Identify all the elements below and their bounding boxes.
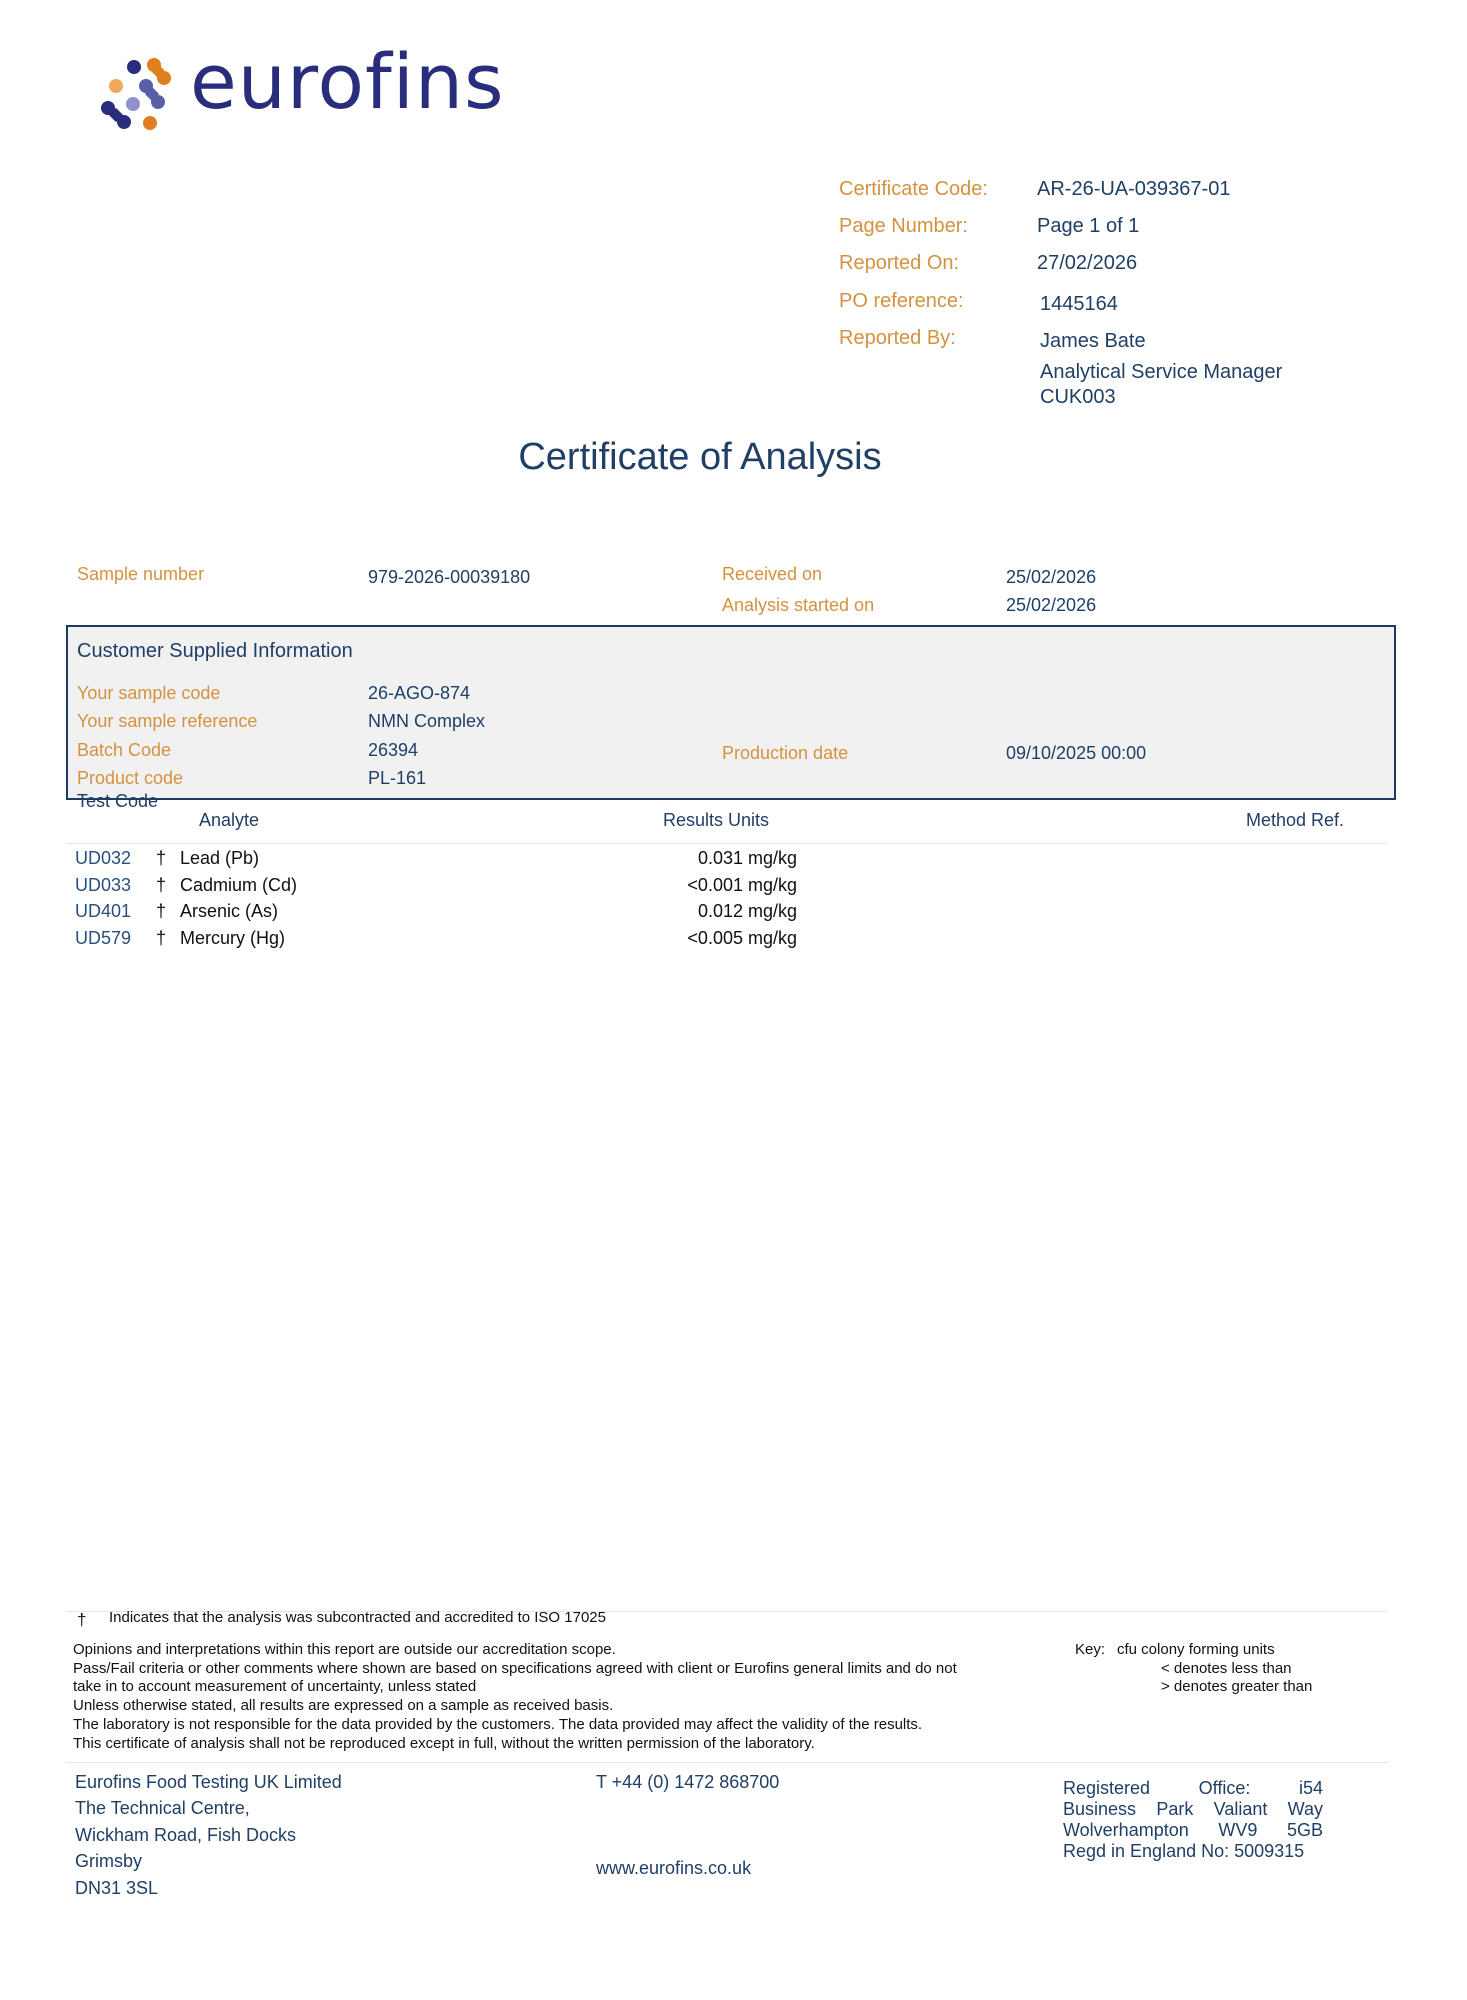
page-number-value: Page 1 of 1 (1037, 215, 1139, 238)
sample-reference-label: Your sample reference (77, 711, 257, 732)
dagger-symbol: † (77, 1610, 86, 1629)
received-on-value: 25/02/2026 (1006, 567, 1096, 588)
address-line: Grimsby (75, 1851, 142, 1872)
reported-on-label: Reported On: (839, 252, 959, 275)
website-link[interactable]: www.eurofins.co.uk (596, 1858, 751, 1879)
product-code-value: PL-161 (368, 768, 426, 789)
batch-code-label: Batch Code (77, 740, 171, 761)
address-line: Wickham Road, Fish Docks (75, 1825, 296, 1846)
disclaimer-line: This certificate of analysis shall not b… (73, 1734, 815, 1753)
key-item: cfu colony forming units (1117, 1640, 1275, 1659)
dagger-note: Indicates that the analysis was subcontr… (109, 1608, 606, 1627)
footer-divider (66, 1762, 1388, 1763)
disclaimer-line: Pass/Fail criteria or other comments whe… (73, 1659, 957, 1678)
registered-line: Registered Office: i54 (1063, 1778, 1323, 1799)
analyte-name: Arsenic (As) (180, 901, 278, 922)
eurofins-dots-logo-icon (96, 56, 186, 136)
logo-wordmark: eurofins (190, 44, 505, 120)
customer-info-title: Customer Supplied Information (77, 640, 353, 663)
received-on-label: Received on (722, 564, 822, 585)
reported-by-code: CUK003 (1040, 386, 1116, 409)
result-value: 0.012 mg/kg (537, 901, 797, 922)
analyte-name: Mercury (Hg) (180, 928, 285, 949)
reported-by-role: Analytical Service Manager (1040, 361, 1282, 384)
subcontracted-marker: † (156, 848, 166, 869)
page-title: Certificate of Analysis (0, 436, 1400, 479)
subcontracted-marker: † (156, 928, 166, 949)
sample-reference-value: NMN Complex (368, 711, 485, 732)
test-code: UD579 (75, 928, 131, 949)
column-header-results-units: Results Units (663, 810, 769, 831)
disclaimer-line: take in to account measurement of uncert… (73, 1677, 476, 1696)
reported-by-label: Reported By: (839, 327, 956, 350)
analyte-name: Lead (Pb) (180, 848, 259, 869)
registered-office: Registered Office: i54 Business Park Val… (1063, 1778, 1323, 1862)
result-value: <0.005 mg/kg (537, 928, 797, 949)
result-value: 0.031 mg/kg (537, 848, 797, 869)
registered-line: Business Park Valiant Way (1063, 1799, 1323, 1820)
reported-by-name: James Bate (1040, 330, 1146, 353)
certificate-code-value: AR-26-UA-039367-01 (1037, 178, 1230, 201)
sample-number-value: 979-2026-00039180 (368, 567, 530, 588)
subcontracted-marker: † (156, 875, 166, 896)
result-value: <0.001 mg/kg (537, 875, 797, 896)
test-code: UD033 (75, 875, 131, 896)
production-date-value: 09/10/2025 00:00 (1006, 743, 1146, 764)
certificate-code-label: Certificate Code: (839, 178, 988, 201)
key-item: < denotes less than (1161, 1659, 1292, 1678)
sample-number-label: Sample number (77, 564, 204, 585)
test-code: UD032 (75, 848, 131, 869)
disclaimer-line: Unless otherwise stated, all results are… (73, 1696, 613, 1715)
company-name: Eurofins Food Testing UK Limited (75, 1772, 342, 1793)
production-date-label: Production date (722, 743, 848, 764)
test-code: UD401 (75, 901, 131, 922)
po-reference-label: PO reference: (839, 290, 964, 313)
analysis-started-value: 25/02/2026 (1006, 595, 1096, 616)
reported-on-value: 27/02/2026 (1037, 252, 1137, 275)
disclaimer-line: The laboratory is not responsible for th… (73, 1715, 922, 1734)
column-header-analyte: Analyte (199, 810, 259, 831)
sample-code-label: Your sample code (77, 683, 220, 704)
address-line: The Technical Centre, (75, 1798, 250, 1819)
key-label: Key: (1075, 1640, 1105, 1659)
product-code-label: Product code (77, 768, 183, 789)
registered-line: Regd in England No: 5009315 (1063, 1841, 1323, 1862)
registered-line: Wolverhampton WV9 5GB (1063, 1820, 1323, 1841)
table-header-divider (66, 843, 1388, 844)
subcontracted-marker: † (156, 901, 166, 922)
column-header-method-ref: Method Ref. (1246, 810, 1344, 831)
phone-number: T +44 (0) 1472 868700 (596, 1772, 779, 1793)
analyte-name: Cadmium (Cd) (180, 875, 297, 896)
address-postcode: DN31 3SL (75, 1878, 158, 1899)
column-header-test-code: Test Code (77, 791, 158, 812)
sample-code-value: 26-AGO-874 (368, 683, 470, 704)
key-item: > denotes greater than (1161, 1677, 1312, 1696)
analysis-started-label: Analysis started on (722, 595, 874, 616)
page-number-label: Page Number: (839, 215, 968, 238)
disclaimer-line: Opinions and interpretations within this… (73, 1640, 616, 1659)
batch-code-value: 26394 (368, 740, 418, 761)
po-reference-value: 1445164 (1040, 293, 1118, 316)
